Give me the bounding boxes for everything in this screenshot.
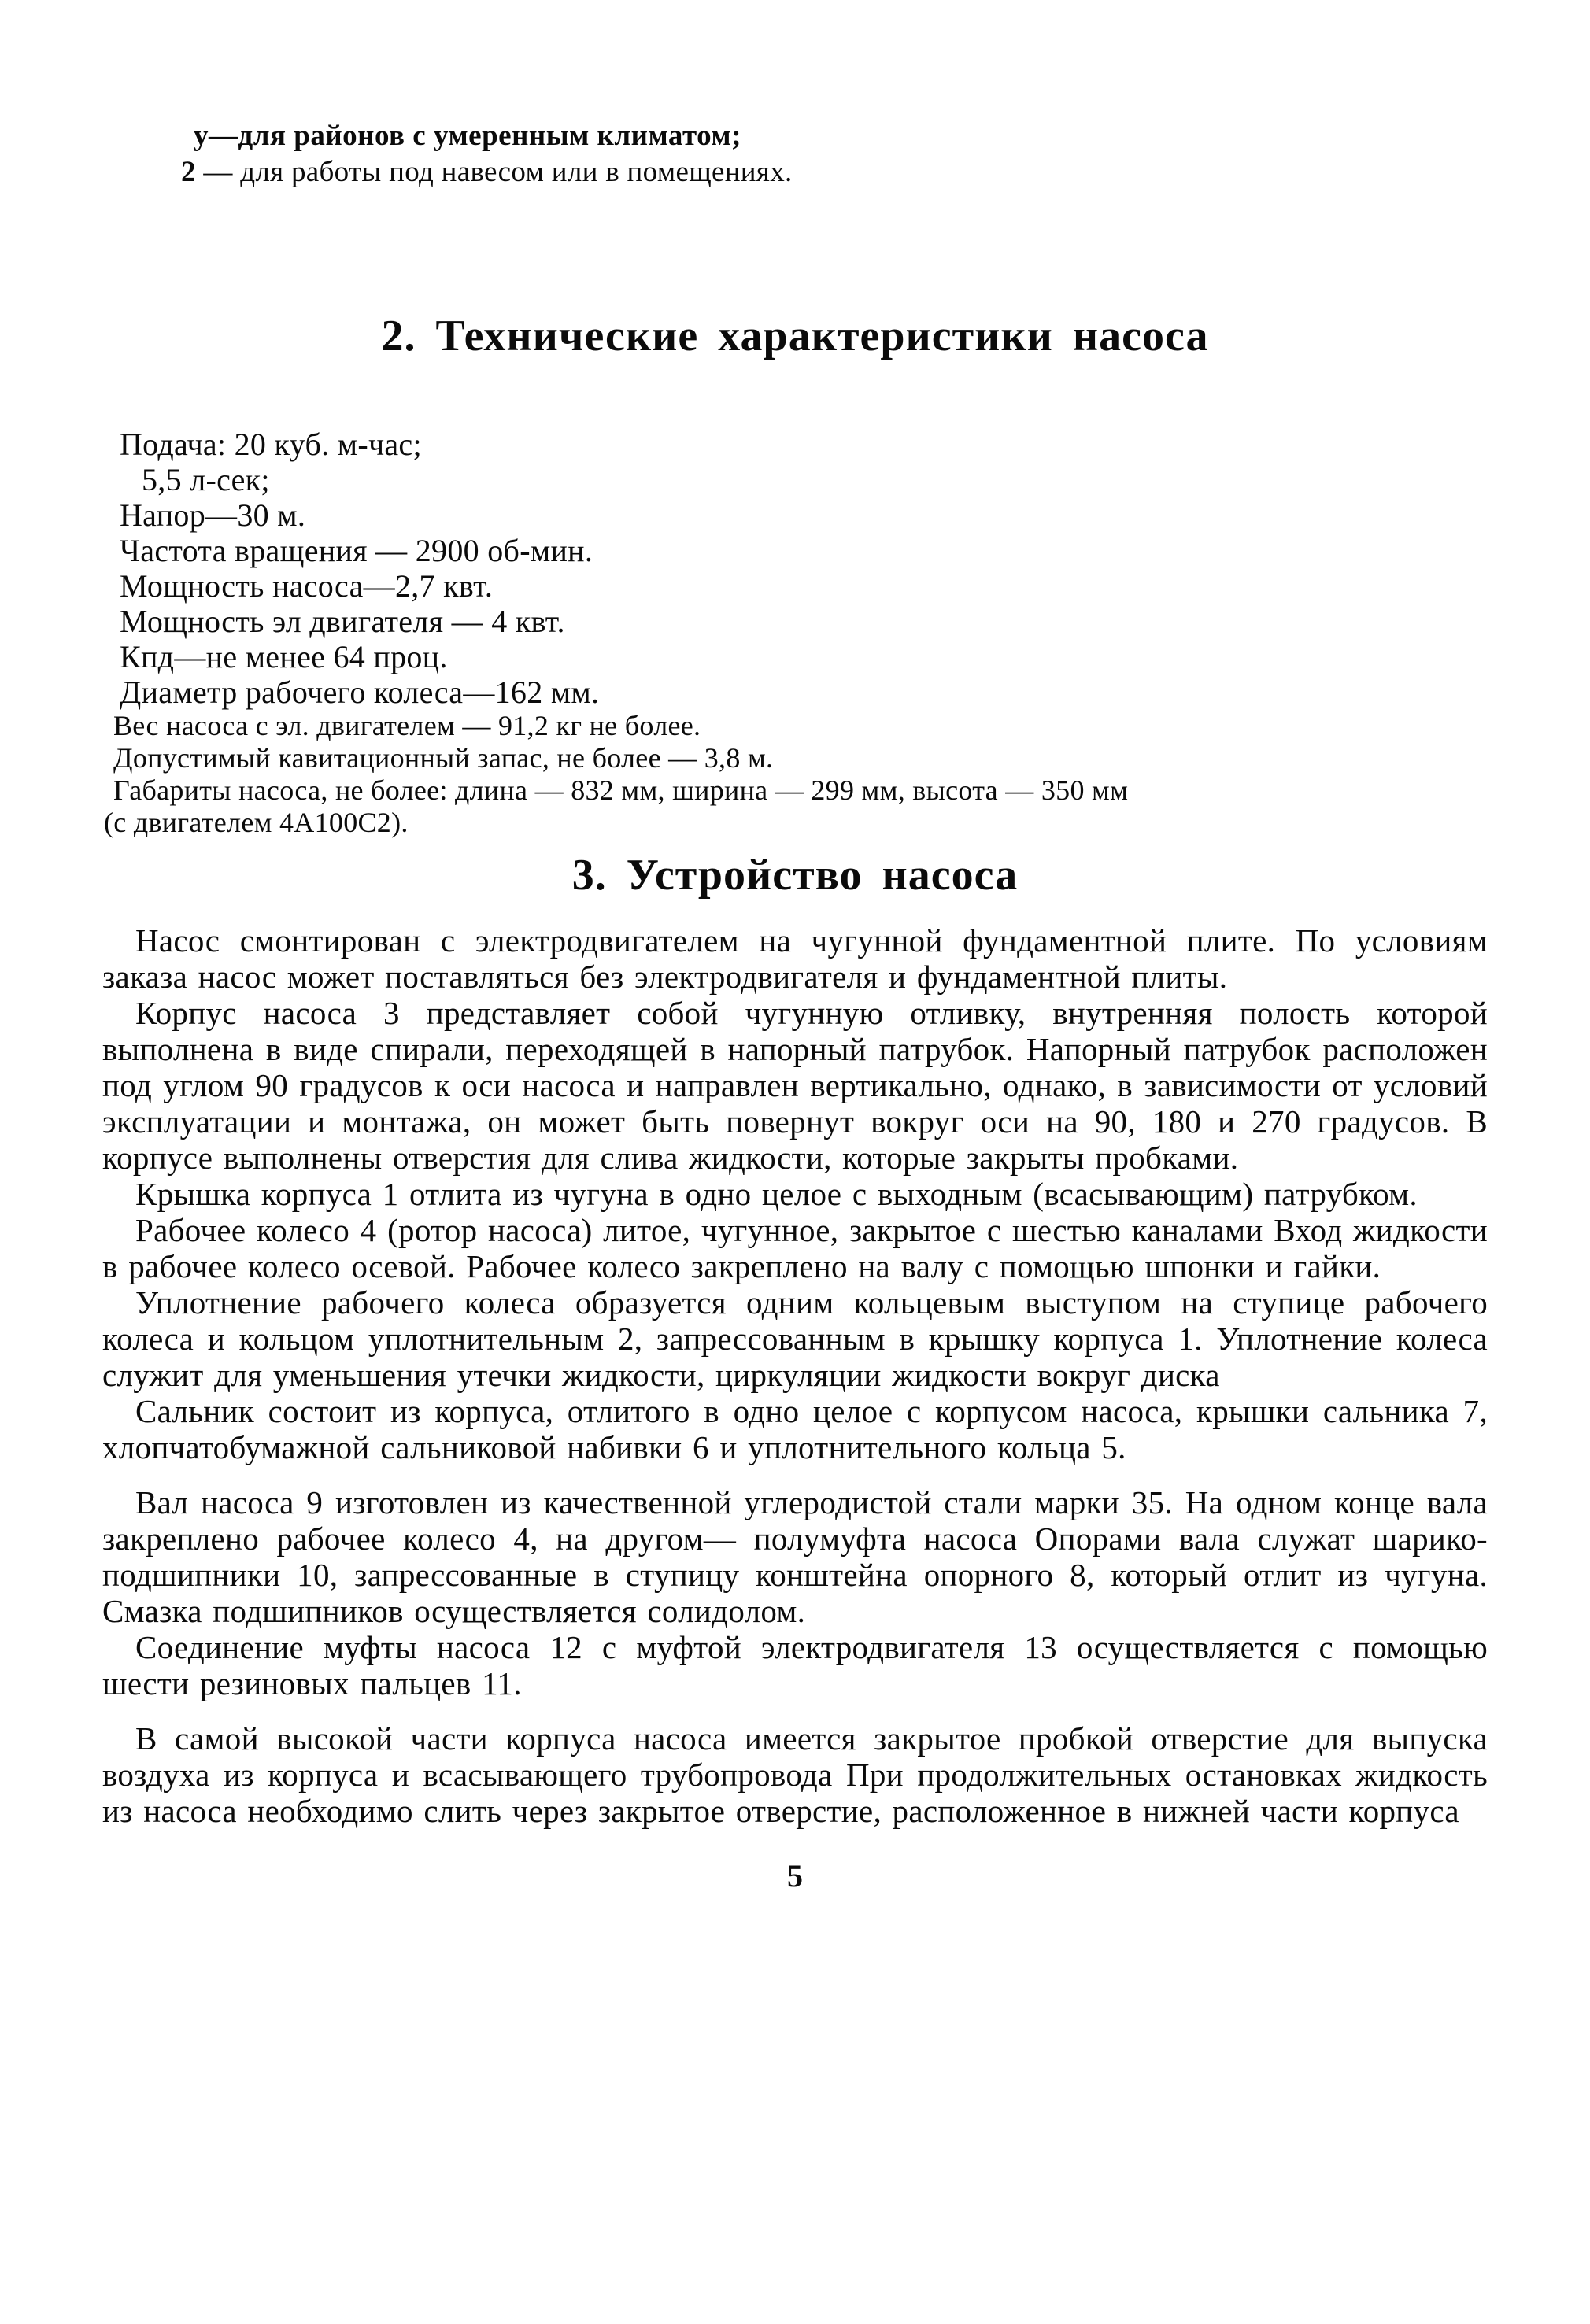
body-paragraph: Уплотнение рабочего колеса образуется од…	[102, 1284, 1488, 1393]
body-paragraph: Вал насоса 9 изготовлен из качественной …	[102, 1484, 1488, 1629]
body-paragraph: Соединение муфты насоса 12 с муфтой элек…	[102, 1629, 1488, 1701]
section-3-body: Насос смонтирован с электродвигателем на…	[102, 922, 1488, 1829]
body-paragraph: Корпус насоса 3 представляет собой чугун…	[102, 995, 1488, 1176]
spec-line: Мощность эл двигателя — 4 квт.	[102, 604, 1488, 639]
spec-line: Напор—30 м.	[102, 497, 1488, 533]
section-3-heading: 3. Устройство насоса	[102, 852, 1488, 899]
body-paragraph: Насос смонтирован с электродвигателем на…	[102, 922, 1488, 995]
legend-term: 2	[181, 156, 196, 188]
legend-term: у	[194, 120, 209, 152]
spec-line: Допустимый кавитационный запас, не более…	[102, 742, 1488, 774]
body-paragraph: Сальник состоит из корпуса, отлитого в о…	[102, 1393, 1488, 1465]
legend-continuation: у—для районов с умеренным климатом; 2 — …	[181, 118, 1488, 190]
legend-text: — для работы под навесом или в помещения…	[196, 156, 793, 188]
document-page: у—для районов с умеренным климатом; 2 — …	[0, 0, 1590, 2324]
spec-line: Частота вращения — 2900 об-мин.	[102, 533, 1488, 568]
legend-line: 2 — для работы под навесом или в помещен…	[181, 154, 1488, 190]
legend-text: —для районов с умеренным климатом;	[209, 120, 741, 152]
spec-list: Подача: 20 куб. м-час; 5,5 л-сек; Напор—…	[102, 427, 1488, 839]
legend-line: у—для районов с умеренным климатом;	[181, 118, 1488, 154]
spec-line: Диаметр рабочего колеса—162 мм.	[102, 674, 1488, 710]
page-content: у—для районов с умеренным климатом; 2 — …	[0, 0, 1590, 1894]
spec-line: Подача: 20 куб. м-час;	[102, 427, 1488, 462]
spec-line: 5,5 л-сек;	[102, 462, 1488, 497]
spec-line: (с двигателем 4А100С2).	[102, 807, 1488, 839]
body-paragraph: Рабочее колесо 4 (ротор насоса) литое, ч…	[102, 1212, 1488, 1284]
page-number: 5	[102, 1857, 1488, 1894]
spec-line: Мощность насоса—2,7 квт.	[102, 568, 1488, 604]
body-paragraph: В самой высокой части корпуса насоса име…	[102, 1720, 1488, 1829]
spec-line: Кпд—не менее 64 проц.	[102, 639, 1488, 674]
spec-line: Вес насоса с эл. двигателем — 91,2 кг не…	[102, 710, 1488, 742]
section-2-heading: 2. Технические характеристики насоса	[102, 312, 1488, 360]
body-paragraph: Крышка корпуса 1 отлита из чугуна в одно…	[102, 1176, 1488, 1212]
spec-line: Габариты насоса, не более: длина — 832 м…	[102, 774, 1488, 807]
